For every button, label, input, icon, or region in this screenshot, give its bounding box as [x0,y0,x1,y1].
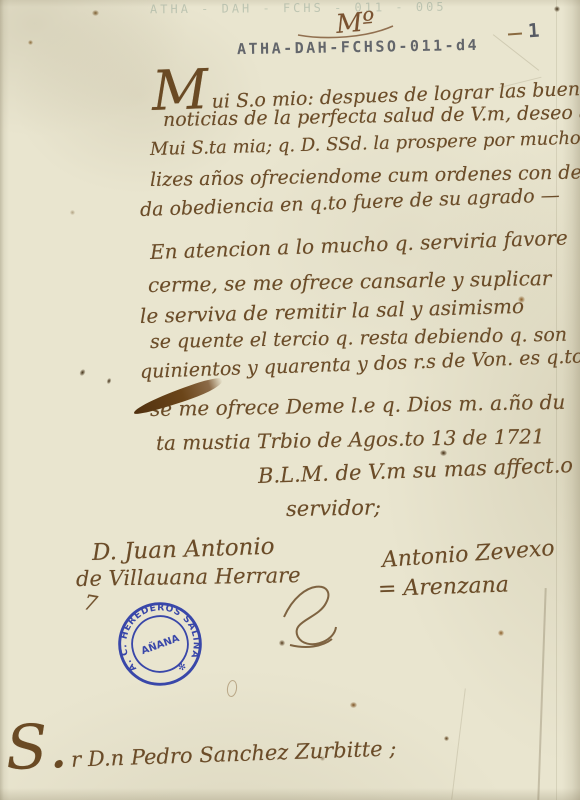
fox-spot [536,428,541,433]
body-line: se me ofrece Deme l.e q. Dios m. a.ño du [150,390,566,421]
signature-left-line1: D. Juan Antonio [92,534,275,566]
footer-addressee: S.r D.n Pedro Sanchez Zurbitte ; [5,718,396,774]
crease-line [556,0,557,800]
archive-stamp: A. C. HEREDEROS SALINAS AÑANA ✻ [107,591,214,698]
stamp-center-text: AÑANA [139,631,181,657]
faint-pencil-code: ATHA - DAH - FCHS - 011 - 005 [150,0,447,16]
ink-speck [106,377,112,384]
faint-oval-mark [226,679,238,697]
ink-dot [440,450,447,456]
fox-spot [28,40,33,45]
fox-spot [320,756,325,761]
fox-spot [518,296,525,303]
signature-right-line1: Antonio Zevexo [381,536,555,573]
body-line: le serviva de remitir la sal y asimismo [140,294,525,328]
closing-line: B.L.M. de V.m su mas affect.o [258,453,574,488]
body-line: Mui S.ta mia; q. D. SSd. la prospere por… [150,126,580,160]
signature-left-mark: 7 [82,590,99,616]
ink-speck [79,368,87,377]
manuscript-page: ATHA - DAH - FCHS - 011 - 005 Mº 1 ATHA-… [0,0,580,800]
body-line: cerme, se me ofrece cansarle y suplicar [148,266,552,297]
body-line: En atencion a lo mucho q. serviria favor… [150,225,569,264]
fox-spot [498,630,504,636]
archive-code: ATHA-DAH-FCHSO-011-d4 [237,36,479,58]
fox-spot [350,702,357,708]
fox-spot [70,210,75,215]
closing-line: servidor; [286,495,381,521]
page-number: 1 [527,20,540,43]
signature-right-line2: = Arenzana [378,572,510,602]
page-number-dash [508,33,522,36]
ink-dot [554,6,560,12]
signature-left-rubric [276,575,346,653]
body-line: ta mustia Trbio de Agos.to 13 de 1721 [156,424,545,455]
fox-spot [279,640,285,646]
crease-line [451,688,466,799]
stamp-symbol: ✻ [177,661,187,674]
fox-spot [444,736,449,741]
fox-spot [92,10,99,16]
crease-line [537,588,546,800]
signature-left-line2: de Villauana Herrare [76,563,301,591]
